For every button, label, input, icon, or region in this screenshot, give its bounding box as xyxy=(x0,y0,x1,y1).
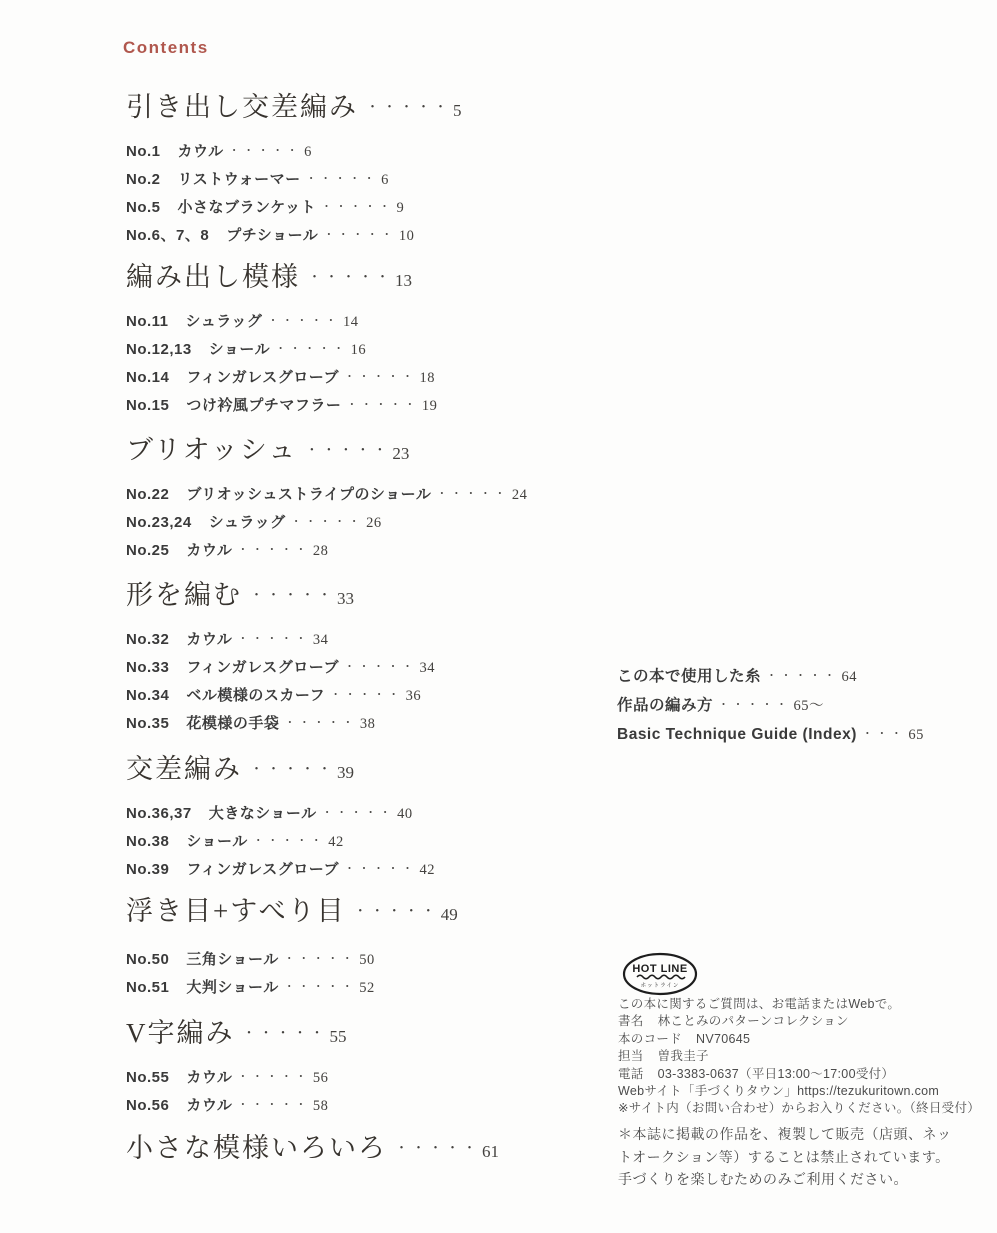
dot-leader: ・・・・・ xyxy=(766,670,839,682)
section-title: 編み出し模様 xyxy=(126,262,300,292)
section-page-number: 39 xyxy=(337,763,354,782)
dot-leader: ・・・・・ xyxy=(243,1025,328,1040)
item-title: ベル模様のスカーフ xyxy=(186,687,325,704)
section-page-number: 49 xyxy=(441,905,458,924)
section-items: No.11シュラッグ・・・・・14 No.12,13ショール・・・・・16 No… xyxy=(126,308,596,420)
section-items: No.50三角ショール・・・・・50 No.51大判ショール・・・・・52 xyxy=(126,946,596,1002)
item-page-number: 58 xyxy=(313,1098,329,1114)
item-page-number: 14 xyxy=(343,314,359,330)
dot-leader: ・・・・・ xyxy=(237,1071,310,1083)
staff-label: 担当 xyxy=(618,1049,644,1063)
tel-label: 電話 xyxy=(618,1067,644,1081)
dot-leader: ・・・・・ xyxy=(366,99,451,114)
item-page-number: 65〜 xyxy=(794,698,825,714)
item-page-number: 6 xyxy=(304,144,312,160)
wavy-line xyxy=(637,975,685,979)
item-number: No.34 xyxy=(126,687,169,704)
dot-leader: ・・・・・ xyxy=(291,516,364,528)
section-page-number: 13 xyxy=(395,271,412,290)
toc-section-ukime-suberime: 浮き目+すべり目・・・・・49 No.50三角ショール・・・・・50 No.51… xyxy=(126,894,596,1002)
toc-item: No.12,13ショール・・・・・16 xyxy=(126,336,596,364)
item-number: No.33 xyxy=(126,659,169,676)
item-page-number: 50 xyxy=(359,952,375,968)
item-number: No.14 xyxy=(126,369,169,386)
contact-book-code: 本のコードNV70645 xyxy=(618,1031,988,1048)
toc-item: No.22ブリオッシュストライプのショール・・・・・24 xyxy=(126,481,596,509)
item-number: No.50 xyxy=(126,951,169,968)
item-title: ブリオッシュストライプのショール xyxy=(186,486,431,503)
item-title: フィンガレスグローブ xyxy=(186,369,339,386)
section-page-number: 33 xyxy=(337,589,354,608)
dot-leader: ・・・・・ xyxy=(346,399,419,411)
dot-leader: ・・・・・ xyxy=(323,229,396,241)
item-title: 大きなショール xyxy=(209,805,317,822)
toc-item: No.50三角ショール・・・・・50 xyxy=(126,946,596,974)
item-number: No.55 xyxy=(126,1069,169,1086)
reference-item: この本で使用した糸・・・・・64 xyxy=(617,662,977,691)
item-page-number: 40 xyxy=(397,806,413,822)
item-title: リストウォーマー xyxy=(178,171,301,188)
section-title: 交差編み xyxy=(126,754,242,784)
reference-column: この本で使用した糸・・・・・64 作品の編み方・・・・・65〜 Basic Te… xyxy=(617,662,977,749)
item-page-number: 52 xyxy=(359,980,375,996)
item-title: つけ衿風プチマフラー xyxy=(186,397,341,414)
dot-leader: ・・・・・ xyxy=(354,903,439,918)
section-heading: 小さな模様いろいろ・・・・・61 xyxy=(126,1131,596,1170)
dot-leader: ・・・・・ xyxy=(306,173,379,185)
reference-item: Basic Technique Guide (Index)・・・65 xyxy=(617,720,977,749)
toc-section-hikidashi-kousa: 引き出し交差編み・・・・・5 No.1カウル・・・・・6 No.2リストウォーマ… xyxy=(126,90,596,250)
item-number: No.11 xyxy=(126,313,169,330)
item-number: No.15 xyxy=(126,397,169,414)
item-number: No.2 xyxy=(126,171,161,188)
item-title: カウル xyxy=(186,542,232,559)
dot-leader: ・・・・・ xyxy=(718,699,791,711)
toc-item: No.25カウル・・・・・28 xyxy=(126,537,596,565)
item-page-number: 28 xyxy=(313,543,329,559)
item-number: No.35 xyxy=(126,715,169,732)
section-items: No.22ブリオッシュストライプのショール・・・・・24 No.23,24シュラ… xyxy=(126,481,596,565)
dot-leader: ・・・・・ xyxy=(237,544,310,556)
item-title: 小さなブランケット xyxy=(178,199,316,216)
item-title: プチショール xyxy=(226,227,318,244)
item-title: カウル xyxy=(186,1069,232,1086)
toc-section-amidashi-moyou: 編み出し模様・・・・・13 No.11シュラッグ・・・・・14 No.12,13… xyxy=(126,260,596,420)
dot-leader: ・・・・・ xyxy=(253,835,326,847)
item-title: 作品の編み方 xyxy=(617,697,713,714)
item-page-number: 42 xyxy=(419,862,435,878)
item-number: No.12,13 xyxy=(126,341,192,358)
item-page-number: 56 xyxy=(313,1070,329,1086)
section-items: No.36,37大きなショール・・・・・40 No.38ショール・・・・・42 … xyxy=(126,800,596,884)
item-number: No.1 xyxy=(126,143,161,160)
hotline-logo-subtext: ホットライン xyxy=(641,982,680,989)
usage-notice: ＊本誌に掲載の作品を、複製して販売（店頭、ネットオークション等）することは禁止さ… xyxy=(618,1123,954,1191)
item-number: No.5 xyxy=(126,199,161,216)
book-code-label: 本のコード xyxy=(618,1032,682,1046)
item-title: ショール xyxy=(186,833,247,850)
dot-leader: ・・・・・ xyxy=(322,807,395,819)
dot-leader: ・・・・・ xyxy=(395,1140,480,1155)
toc-item: No.23,24シュラッグ・・・・・26 xyxy=(126,509,596,537)
section-heading: 交差編み・・・・・39 xyxy=(126,752,596,791)
staff-value: 曽我圭子 xyxy=(658,1049,709,1063)
section-items: No.1カウル・・・・・6 No.2リストウォーマー・・・・・6 No.5小さな… xyxy=(126,138,596,250)
reference-item: 作品の編み方・・・・・65〜 xyxy=(617,691,977,720)
item-page-number: 6 xyxy=(381,172,389,188)
item-page-number: 64 xyxy=(842,669,858,685)
contact-staff: 担当曽我圭子 xyxy=(618,1048,988,1065)
contact-tel: 電話03-3383-0637（平日13:00〜17:00受付） xyxy=(618,1066,988,1083)
item-number: No.39 xyxy=(126,861,169,878)
item-number: No.23,24 xyxy=(126,514,192,531)
dot-leader: ・・・・・ xyxy=(344,863,417,875)
item-page-number: 10 xyxy=(399,228,415,244)
item-page-number: 26 xyxy=(366,515,382,531)
toc-item: No.56カウル・・・・・58 xyxy=(126,1092,596,1120)
item-title: ショール xyxy=(209,341,270,358)
toc-section-brioche: ブリオッシュ・・・・・23 No.22ブリオッシュストライプのショール・・・・・… xyxy=(126,433,596,565)
item-page-number: 19 xyxy=(422,398,438,414)
toc-item: No.1カウル・・・・・6 xyxy=(126,138,596,166)
item-page-number: 16 xyxy=(351,342,367,358)
toc-section-chiisana-moyou: 小さな模様いろいろ・・・・・61 xyxy=(126,1131,596,1170)
book-title-label: 書名 xyxy=(618,1014,644,1028)
toc-item: No.5小さなブランケット・・・・・9 xyxy=(126,194,596,222)
toc-main-column: 引き出し交差編み・・・・・5 No.1カウル・・・・・6 No.2リストウォーマ… xyxy=(0,0,610,1233)
section-heading: V字編み・・・・・55 xyxy=(126,1016,596,1055)
toc-item: No.6、7、8プチショール・・・・・10 xyxy=(126,222,596,250)
section-title: 形を編む xyxy=(126,580,242,610)
item-number: No.51 xyxy=(126,979,169,996)
dot-leader: ・・・・・ xyxy=(344,371,417,383)
item-number: No.22 xyxy=(126,486,169,503)
dot-leader: ・・・・・ xyxy=(237,1099,310,1111)
section-title: 小さな模様いろいろ xyxy=(126,1133,387,1163)
toc-item: No.32カウル・・・・・34 xyxy=(126,626,596,654)
item-number: No.25 xyxy=(126,542,169,559)
toc-item: No.38ショール・・・・・42 xyxy=(126,828,596,856)
dot-leader: ・・・・・ xyxy=(308,269,393,284)
hotline-logo-text: HOT LINE xyxy=(632,963,687,975)
dot-leader: ・・・・・ xyxy=(305,442,390,457)
item-page-number: 36 xyxy=(406,688,422,704)
item-number: No.56 xyxy=(126,1097,169,1114)
item-title: この本で使用した糸 xyxy=(617,668,761,685)
toc-item: No.51大判ショール・・・・・52 xyxy=(126,974,596,1002)
section-title: 引き出し交差編み xyxy=(126,92,358,122)
book-title-value: 林ことみのパターンコレクション xyxy=(658,1014,849,1028)
item-title: シュラッグ xyxy=(186,313,263,330)
item-title: フィンガレスグローブ xyxy=(186,861,339,878)
item-title: 花模様の手袋 xyxy=(186,715,279,732)
section-page-number: 61 xyxy=(482,1142,499,1161)
section-page-number: 5 xyxy=(453,101,462,120)
item-number: No.36,37 xyxy=(126,805,192,822)
item-title: カウル xyxy=(178,143,224,160)
section-page-number: 55 xyxy=(330,1027,347,1046)
item-page-number: 38 xyxy=(360,716,376,732)
dot-leader: ・・・・・ xyxy=(321,201,394,213)
toc-item: No.15つけ衿風プチマフラー・・・・・19 xyxy=(126,392,596,420)
section-title: V字編み xyxy=(126,1018,235,1048)
item-title: Basic Technique Guide (Index) xyxy=(617,726,857,743)
toc-item: No.33フィンガレスグローブ・・・・・34 xyxy=(126,654,596,682)
dot-leader: ・・・ xyxy=(862,728,906,740)
toc-item: No.35花模様の手袋・・・・・38 xyxy=(126,710,596,738)
dot-leader: ・・・・・ xyxy=(344,661,417,673)
toc-item: No.2リストウォーマー・・・・・6 xyxy=(126,166,596,194)
book-contents-page: { "page": { "title": "Contents", "accent… xyxy=(0,0,997,1233)
toc-section-vji-ami: V字編み・・・・・55 No.55カウル・・・・・56 No.56カウル・・・・… xyxy=(126,1016,596,1120)
toc-item: No.55カウル・・・・・56 xyxy=(126,1064,596,1092)
dot-leader: ・・・・・ xyxy=(330,689,403,701)
item-page-number: 24 xyxy=(512,487,528,503)
dot-leader: ・・・・・ xyxy=(284,981,357,993)
toc-section-kousa-ami: 交差編み・・・・・39 No.36,37大きなショール・・・・・40 No.38… xyxy=(126,752,596,884)
item-number: No.38 xyxy=(126,833,169,850)
contact-intro: この本に関するご質問は、お電話またはWebで。 xyxy=(618,996,988,1013)
dot-leader: ・・・・・ xyxy=(250,761,335,776)
dot-leader: ・・・・・ xyxy=(229,145,302,157)
dot-leader: ・・・・・ xyxy=(275,343,348,355)
dot-leader: ・・・・・ xyxy=(250,587,335,602)
section-heading: 浮き目+すべり目・・・・・49 xyxy=(126,894,596,933)
item-title: シュラッグ xyxy=(209,514,286,531)
item-page-number: 9 xyxy=(396,200,404,216)
item-page-number: 65 xyxy=(908,727,924,743)
hotline-logo-icon: HOT LINE ホットライン xyxy=(621,951,699,997)
item-page-number: 34 xyxy=(313,632,329,648)
section-heading: 編み出し模様・・・・・13 xyxy=(126,260,596,299)
dot-leader: ・・・・・ xyxy=(284,717,357,729)
contact-website: Webサイト「手づくりタウン」https://tezukuritown.com xyxy=(618,1083,988,1100)
dot-leader: ・・・・・ xyxy=(284,953,357,965)
item-page-number: 18 xyxy=(419,370,435,386)
dot-leader: ・・・・・ xyxy=(237,633,310,645)
dot-leader: ・・・・・ xyxy=(436,488,509,500)
section-heading: 形を編む・・・・・33 xyxy=(126,578,596,617)
toc-item: No.36,37大きなショール・・・・・40 xyxy=(126,800,596,828)
section-heading: ブリオッシュ・・・・・23 xyxy=(126,433,596,472)
item-number: No.6、7、8 xyxy=(126,227,209,244)
item-page-number: 42 xyxy=(328,834,344,850)
book-code-value: NV70645 xyxy=(696,1032,750,1046)
contact-info: この本に関するご質問は、お電話またはWebで。 書名林ことみのパターンコレクショ… xyxy=(618,996,988,1118)
section-items: No.32カウル・・・・・34 No.33フィンガレスグローブ・・・・・34 N… xyxy=(126,626,596,738)
contact-book-title: 書名林ことみのパターンコレクション xyxy=(618,1013,988,1030)
section-title: 浮き目+すべり目 xyxy=(126,896,346,926)
tel-value: 03-3383-0637（平日13:00〜17:00受付） xyxy=(658,1067,895,1081)
toc-item: No.34ベル模様のスカーフ・・・・・36 xyxy=(126,682,596,710)
item-title: カウル xyxy=(186,631,232,648)
item-title: 三角ショール xyxy=(186,951,278,968)
section-items: No.55カウル・・・・・56 No.56カウル・・・・・58 xyxy=(126,1064,596,1120)
section-heading: 引き出し交差編み・・・・・5 xyxy=(126,90,596,129)
item-title: 大判ショール xyxy=(186,979,278,996)
toc-section-katachi-wo-amu: 形を編む・・・・・33 No.32カウル・・・・・34 No.33フィンガレスグ… xyxy=(126,578,596,738)
section-page-number: 23 xyxy=(392,444,409,463)
item-title: フィンガレスグローブ xyxy=(186,659,339,676)
toc-item: No.14フィンガレスグローブ・・・・・18 xyxy=(126,364,596,392)
toc-item: No.11シュラッグ・・・・・14 xyxy=(126,308,596,336)
item-title: カウル xyxy=(186,1097,232,1114)
toc-item: No.39フィンガレスグローブ・・・・・42 xyxy=(126,856,596,884)
item-number: No.32 xyxy=(126,631,169,648)
section-title: ブリオッシュ xyxy=(126,435,297,465)
contact-website-note: ※サイト内（お問い合わせ）からお入りください。（終日受付） xyxy=(618,1100,988,1117)
dot-leader: ・・・・・ xyxy=(267,315,340,327)
item-page-number: 34 xyxy=(419,660,435,676)
